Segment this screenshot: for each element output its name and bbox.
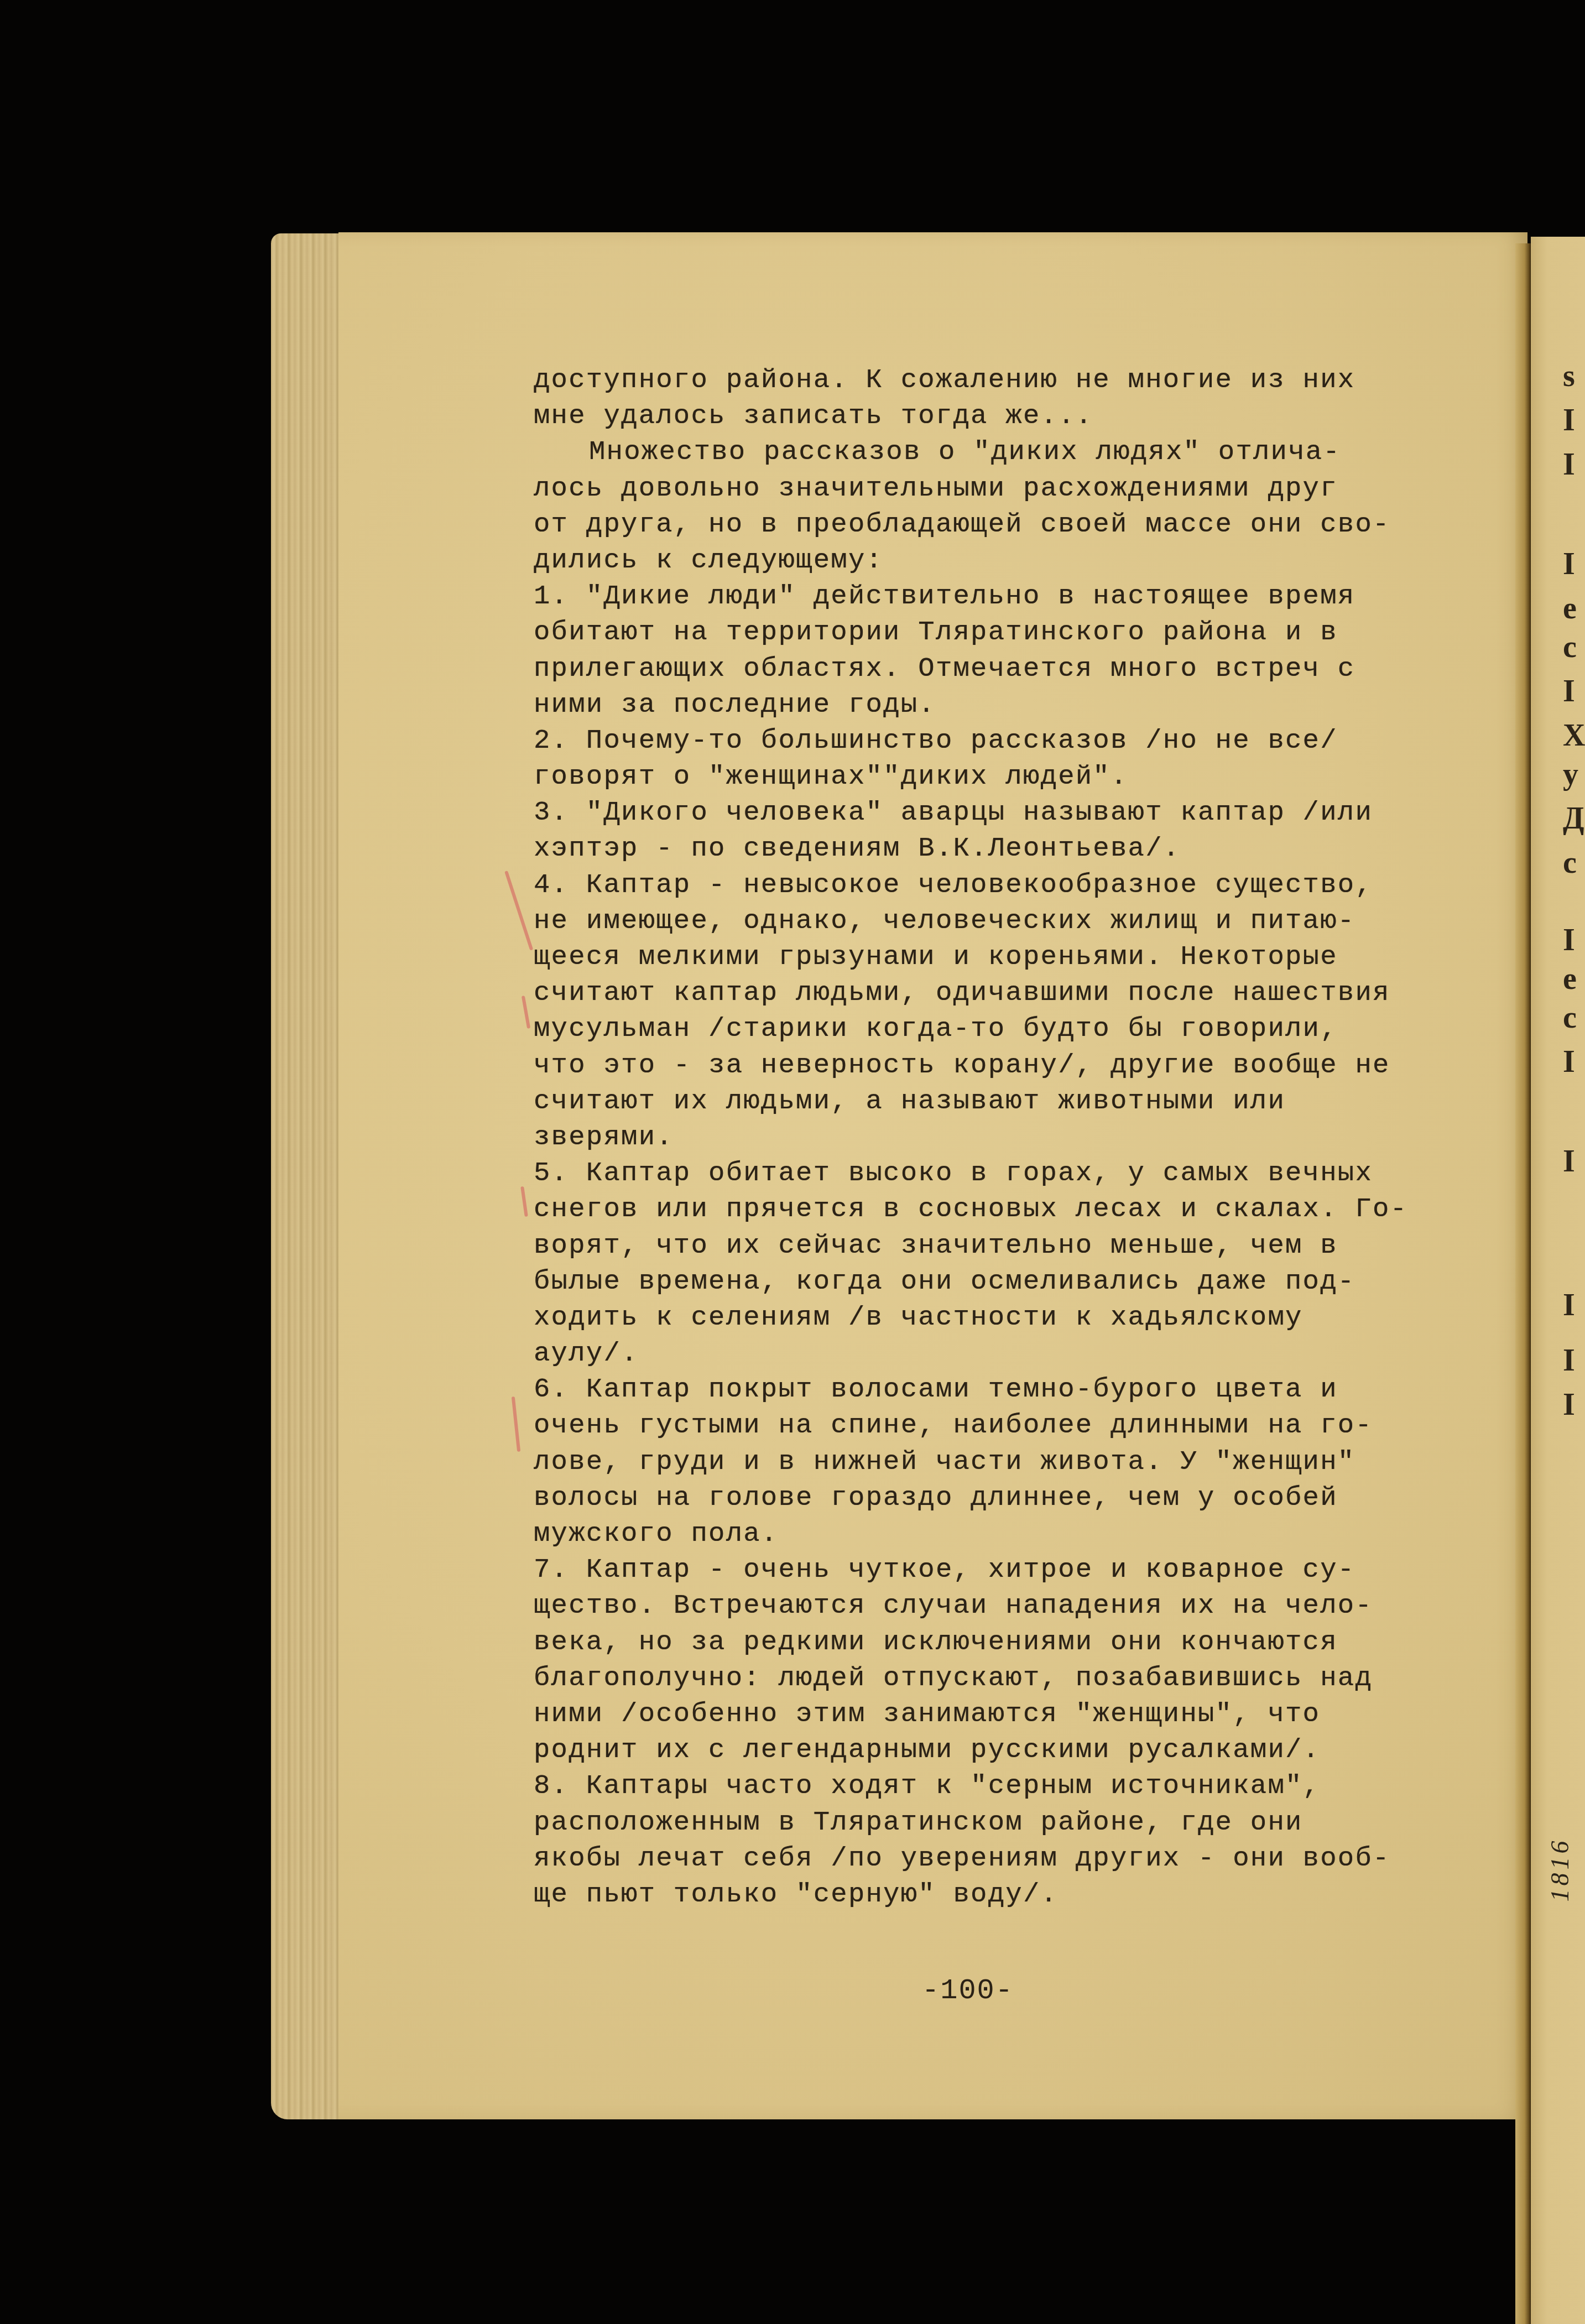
next-page-text-fragment: e [1563,961,1577,997]
next-page-text-fragment: I [1563,1288,1575,1323]
text-line: 6. Каптар покрыт волосами темно-бурого ц… [534,1372,1518,1408]
text-line: века, но за редкими исключениями они кон… [534,1624,1518,1660]
text-line: щееся мелкими грызунами и кореньями. Нек… [534,939,1518,975]
next-page-text-fragment: c [1563,1000,1577,1035]
text-line: роднит их с легендарными русскими русалк… [534,1732,1518,1768]
text-line: лове, груди и в нижней части живота. У ″… [534,1444,1518,1480]
text-line: считают каптар людьми, одичавшими после … [534,975,1518,1011]
archive-stamp-number: 1816 [1545,1837,1574,1901]
text-line: 3. ″Дикого человека″ аварцы называют кап… [534,795,1518,831]
next-page-text-fragment: I [1563,1144,1575,1179]
text-line: 5. Каптар обитает высоко в горах, у самы… [534,1155,1518,1191]
next-page-text-fragment: y [1563,757,1578,792]
right-page-partial: sIIIecIXyДcIecIIIII [1531,237,1585,2324]
text-line: якобы лечат себя /по уверениям других - … [534,1841,1518,1877]
text-line: ними /особенно этим занимаются ″женщины″… [534,1696,1518,1732]
next-page-text-fragment: c [1563,629,1577,665]
next-page-text-fragment: c [1563,845,1577,880]
next-page-text-fragment: I [1563,1387,1575,1422]
text-line: Множество рассказов о ″диких людях″ отли… [534,434,1518,470]
next-page-text-fragment: I [1563,403,1575,438]
text-line: доступного района. К сожалению не многие… [534,362,1518,398]
text-line: считают их людьми, а называют животными … [534,1083,1518,1119]
text-line: 2. Почему-то большинство рассказов /но н… [534,723,1518,759]
page-stack-edges [271,233,343,2119]
next-page-text-fragment: Д [1563,801,1584,836]
next-page-text-fragment: s [1563,358,1575,394]
next-page-text-fragment: I [1563,923,1575,958]
text-line: щество. Встречаются случаи нападения их … [534,1588,1518,1624]
text-line: говорят о ″женщинах″″диких людей″. [534,759,1518,795]
text-line: ними за последние годы. [534,687,1518,723]
text-line: что это - за неверность корану/, другие … [534,1048,1518,1083]
text-line: очень густыми на спине, наиболее длинным… [534,1408,1518,1444]
text-line: 8. Каптары часто ходят к ″серным источни… [534,1768,1518,1804]
text-line: благополучно: людей отпускают, позабавив… [534,1660,1518,1696]
text-line: дились к следующему: [534,543,1518,579]
text-line: былые времена, когда они осмеливались да… [534,1264,1518,1300]
text-line: от друга, но в преобладающей своей массе… [534,507,1518,543]
text-line: мне удалось записать тогда же... [534,398,1518,434]
archive-stamp: 1816 [1537,1825,1582,1914]
next-page-text-fragment: I [1563,1044,1575,1080]
text-line: аулу/. [534,1336,1518,1372]
text-line: 1. ″Дикие люди″ действительно в настояще… [534,579,1518,614]
text-line: мужского пола. [534,1516,1518,1552]
text-line: 7. Каптар - очень чуткое, хитрое и ковар… [534,1552,1518,1588]
text-line: хэптэр - по сведениям В.К.Леонтьева/. [534,831,1518,867]
text-line: 4. Каптар - невысокое человекообразное с… [534,867,1518,903]
next-page-text-fragment: I [1563,674,1575,709]
next-page-text-fragment: I [1563,546,1575,582]
text-line: прилегающих областях. Отмечается много в… [534,651,1518,687]
text-line: снегов или прячется в сосновых лесах и с… [534,1191,1518,1227]
next-page-text-fragment: I [1563,447,1575,482]
next-page-text-fragment: e [1563,591,1577,626]
next-page-text-fragment: I [1563,1343,1575,1378]
text-line: мусульман /старики когда-то будто бы гов… [534,1011,1518,1047]
text-line: зверями. [534,1119,1518,1155]
text-line: расположенным в Тляратинском районе, где… [534,1805,1518,1841]
text-line: лось довольно значительными расхождениям… [534,471,1518,507]
page-number: -100- [885,1974,1051,2007]
typewritten-text: доступного района. К сожалению не многие… [534,362,1518,1913]
text-line: ще пьют только ″серную″ воду/. [534,1877,1518,1913]
text-line: волосы на голове гораздо длиннее, чем у … [534,1480,1518,1516]
text-line: не имеющее, однако, человеческих жилищ и… [534,903,1518,939]
text-line: ворят, что их сейчас значительно меньше,… [534,1228,1518,1264]
text-line: обитают на территории Тляратинского райо… [534,614,1518,650]
next-page-text-fragment: X [1563,718,1585,753]
text-line: ходить к селениям /в частности к хадьялс… [534,1300,1518,1336]
